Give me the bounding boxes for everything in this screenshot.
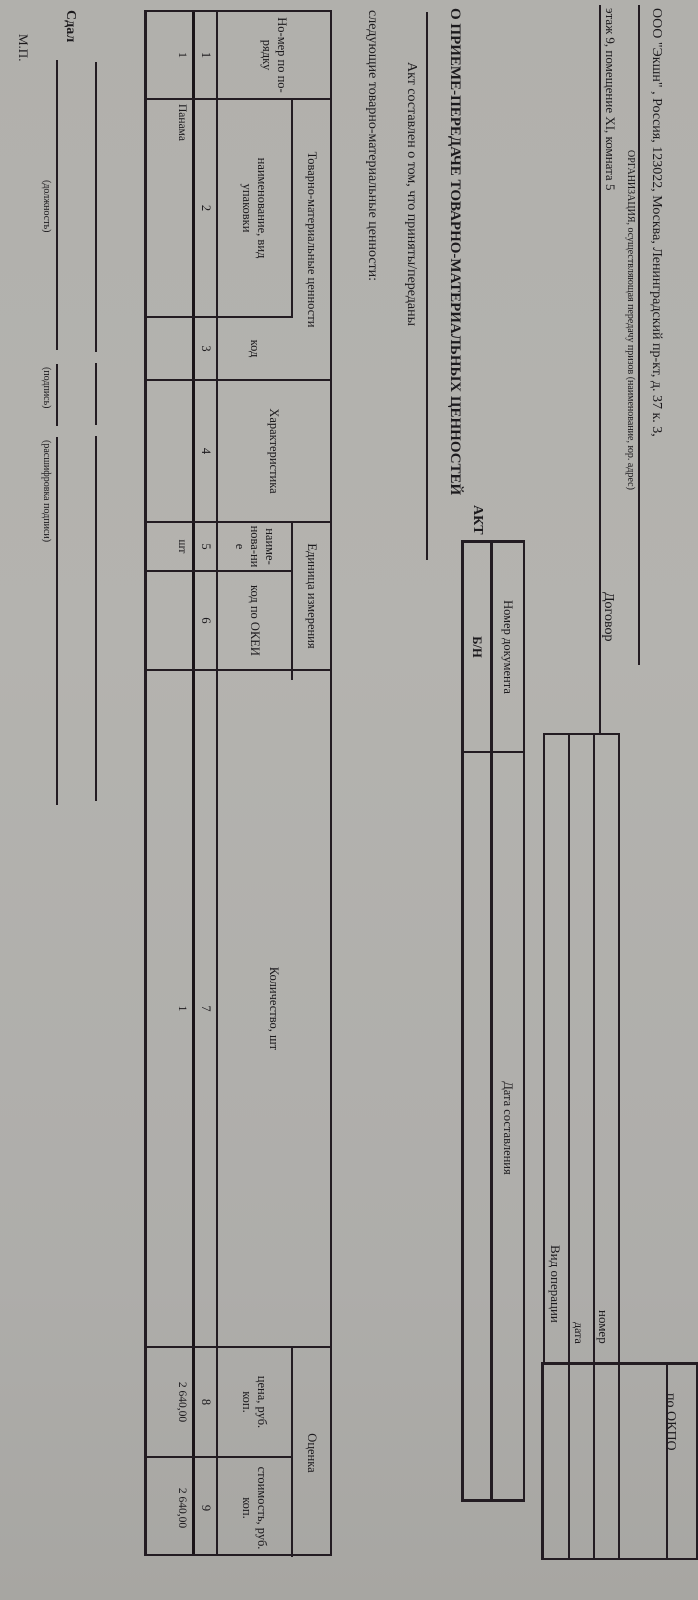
contract-label: Договор xyxy=(600,592,616,641)
row-price: 2 640,00 xyxy=(170,1348,192,1456)
header-row-number: Но-мер по по-рядку xyxy=(218,12,330,98)
colnum-6: 6 xyxy=(195,572,216,669)
header-goods-group: Товарно-материальные ценности xyxy=(293,100,330,379)
contract-box-left-border xyxy=(543,733,620,735)
page-title: О ПРИЕМЕ-ПЕРЕДАЧЕ ТОВАРНО-МАТЕРИАЛЬНЫХ Ц… xyxy=(446,8,463,495)
decryption-line[interactable] xyxy=(56,437,58,805)
row-number: 1 xyxy=(170,12,192,98)
colnum-4: 4 xyxy=(195,381,216,521)
document-date-header: Дата составления xyxy=(493,753,523,1503)
header-unit-name: наиме-нова-ние xyxy=(218,523,291,570)
colnum-5: 5 xyxy=(195,523,216,570)
stamp-label: М.П. xyxy=(15,34,31,61)
colnum-9: 9 xyxy=(195,1458,216,1558)
document-page: ООО "Экшн" , Россия, 123022, Москва, Лен… xyxy=(0,0,698,1600)
colnum-2: 2 xyxy=(195,100,216,316)
header-code: код xyxy=(218,318,291,379)
row-cost: 2 640,00 xyxy=(170,1458,192,1558)
codes-box xyxy=(541,1362,698,1560)
header-name: наименование, вид упаковки xyxy=(218,100,291,316)
row-characteristic xyxy=(170,381,192,521)
position-caption: (должность) xyxy=(41,180,52,233)
following-text: следующие товарно-материальные ценности: xyxy=(364,10,380,281)
contract-number-field[interactable] xyxy=(572,745,592,1345)
header-okei-code: код по ОКЕИ xyxy=(218,572,291,669)
decryption-caption: (расшифровка подписи) xyxy=(41,440,52,542)
header-price: цена, руб. коп. xyxy=(218,1348,291,1456)
signature-caption: (подпись) xyxy=(41,367,52,409)
organization-name: ООО "Экшн" , Россия, 123022, Москва, Лен… xyxy=(648,8,664,437)
header-valuation-group: Оценка xyxy=(293,1348,330,1558)
organization-address-line2: этаж 9, помещение XI, комната 5 xyxy=(602,8,618,190)
document-number-value: Б/Н xyxy=(463,543,490,751)
colnum-3: 3 xyxy=(195,318,216,379)
colnum-7: 7 xyxy=(195,671,216,1346)
header-unit-group: Единица измерения xyxy=(293,523,330,669)
row-code xyxy=(170,318,192,379)
statement-text: Акт составлен о том, что приняты/передан… xyxy=(403,62,419,326)
header-cost: стоимость, руб. коп. xyxy=(218,1458,291,1558)
colnum-1: 1 xyxy=(195,12,216,98)
organization-underline xyxy=(638,5,640,665)
header-quantity: Количество, шт xyxy=(218,671,330,1346)
document-date-value xyxy=(463,753,490,1503)
document-number-box: Номер документа Дата составления Б/Н xyxy=(461,540,525,1502)
organization-caption: ОРГАНИЗАЦИЯ, осуществляющая передачу при… xyxy=(625,150,636,490)
row-unit-name: шт xyxy=(170,523,192,570)
row-name: Панама xyxy=(170,100,192,316)
position-line[interactable] xyxy=(56,60,58,350)
contract-date-field[interactable] xyxy=(548,745,568,1345)
act-label: АКТ xyxy=(469,505,485,535)
document-number-header: Номер документа xyxy=(493,543,523,751)
goods-table: Но-мер по по-рядку Товарно-материальные … xyxy=(144,10,332,1556)
signature-line[interactable] xyxy=(56,364,58,426)
number-label: номер xyxy=(595,1310,611,1344)
title-underline xyxy=(426,12,428,560)
signature-line-upper-2 xyxy=(95,363,97,425)
row-quantity: 1 xyxy=(170,671,192,1346)
signature-line-upper-1 xyxy=(95,62,97,352)
signature-line-upper-3 xyxy=(95,436,97,801)
handed-over-label: Сдал xyxy=(62,10,78,42)
colnum-8: 8 xyxy=(195,1348,216,1456)
row-okei-code xyxy=(170,572,192,669)
header-characteristic: Характеристика xyxy=(218,381,330,521)
